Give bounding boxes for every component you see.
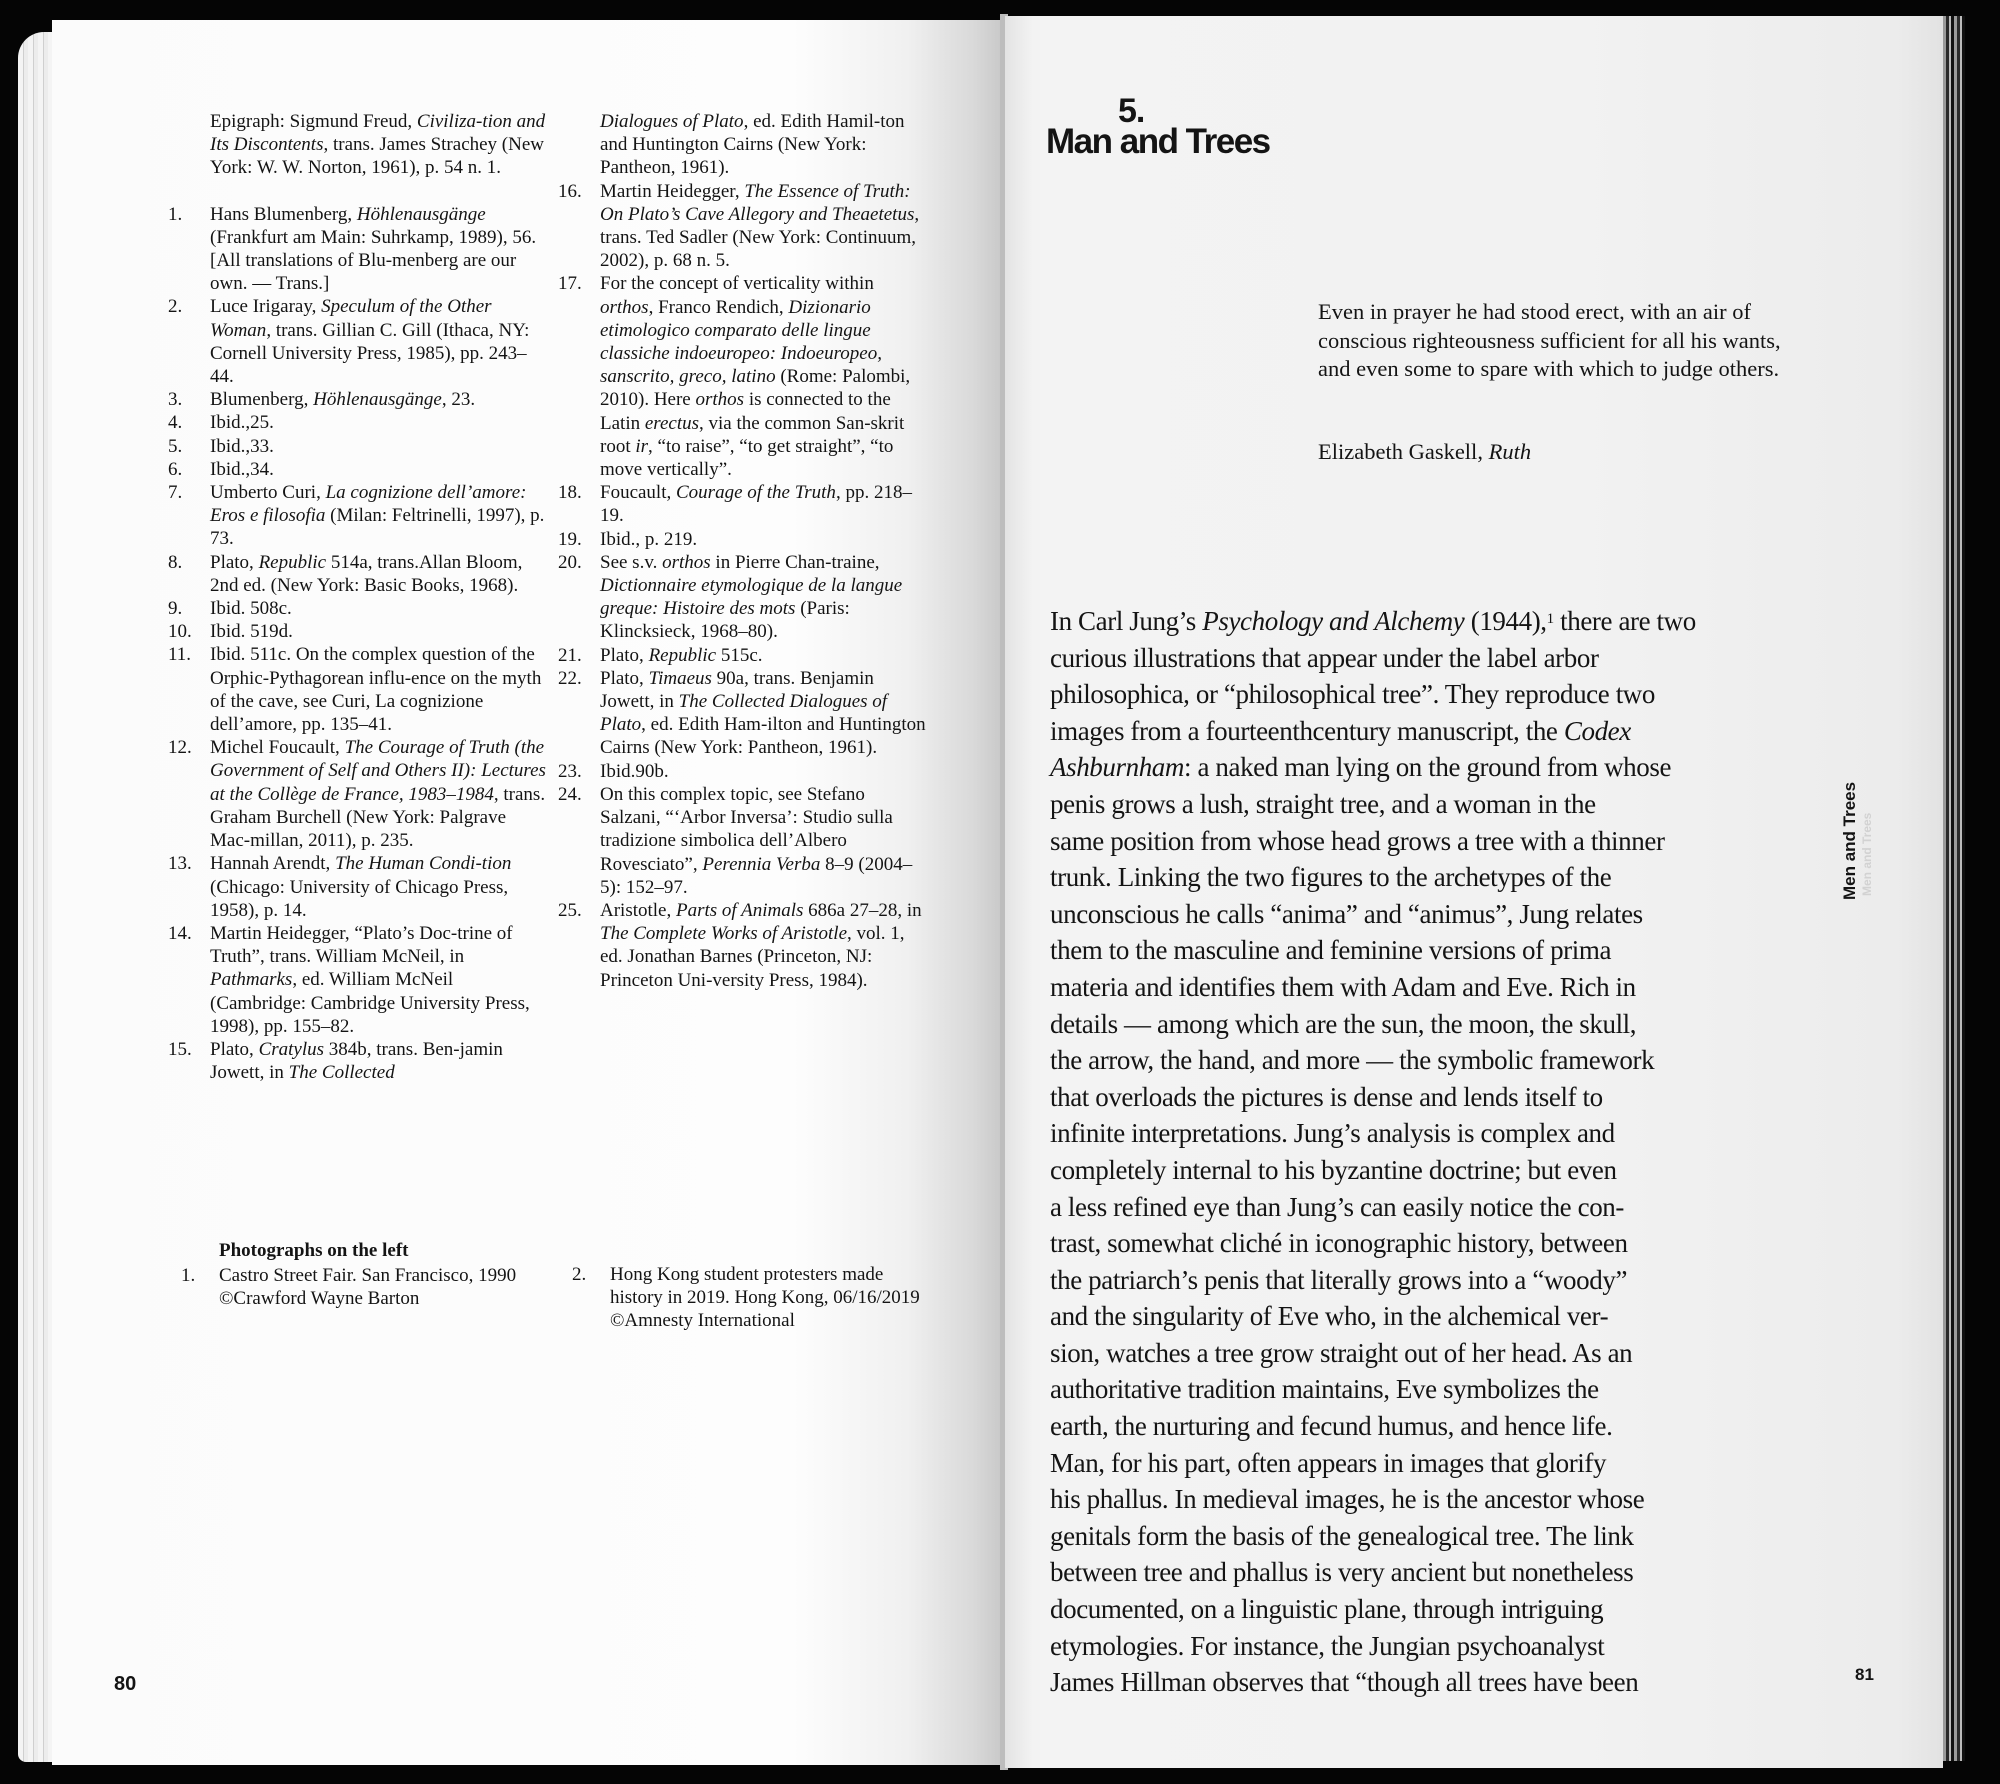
endnote: 20.See s.v. orthos in Pierre Chan-traine…: [600, 551, 930, 644]
endnote: 5.Ibid.,33.: [210, 435, 550, 458]
body-line: curious illustrations that appear under …: [1050, 640, 1810, 677]
endnote: 17.For the concept of verticality within…: [600, 272, 930, 481]
body-line: earth, the nurturing and fecund humus, a…: [1050, 1408, 1810, 1445]
body-line: infinite interpretations. Jung’s analysi…: [1050, 1115, 1810, 1152]
body-line: unconscious he calls “anima” and “animus…: [1050, 896, 1810, 933]
endnote-text: Ibid.,25.: [210, 412, 274, 433]
endnote-number: 1.: [168, 203, 182, 226]
endnote-number: 21.: [558, 644, 582, 667]
endnote-text: Ibid., p. 219.: [600, 529, 697, 550]
endnote: 10.Ibid. 519d.: [210, 620, 550, 643]
endnote-number: 20.: [558, 551, 582, 574]
endnote-number: 19.: [558, 528, 582, 551]
endnote-number: 25.: [558, 899, 582, 922]
body-line: details — among which are the sun, the m…: [1050, 1006, 1810, 1043]
page-number-right: 81: [1855, 1665, 1874, 1685]
endnote-number: 23.: [558, 760, 582, 783]
body-line: the patriarch’s penis that literally gro…: [1050, 1262, 1810, 1299]
endnote: Dialogues of Plato, ed. Edith Hamil-ton …: [600, 110, 930, 180]
endnote-number: 8.: [168, 551, 182, 574]
body-line: documented, on a linguistic plane, throu…: [1050, 1591, 1810, 1628]
photo-credit-number: 2.: [572, 1263, 586, 1286]
endnote-text: Plato, Cratylus 384b, trans. Ben-jamin J…: [210, 1039, 503, 1083]
endnotes-column-1: Epigraph: Sigmund Freud, Civiliza-tion a…: [210, 110, 550, 1084]
endnote-number: 3.: [168, 388, 182, 411]
body-line: completely internal to his byzantine doc…: [1050, 1152, 1810, 1189]
endnote: 7.Umberto Curi, La cognizione dell’amore…: [210, 481, 550, 551]
endnote: 16.Martin Heidegger, The Essence of Trut…: [600, 180, 930, 273]
epigraph-author: Elizabeth Gaskell,: [1318, 439, 1489, 464]
body-line: a less refined eye than Jung’s can easil…: [1050, 1189, 1810, 1226]
endnote-text: Dialogues of Plato, ed. Edith Hamil-ton …: [600, 111, 905, 178]
endnote-number: 18.: [558, 481, 582, 504]
endnote: 4.Ibid.,25.: [210, 411, 550, 434]
endnote-text: Ibid. 508c.: [210, 598, 292, 619]
body-line: same position from whose head grows a tr…: [1050, 823, 1810, 860]
endnote-number: 11.: [168, 643, 191, 666]
endnote-number: 14.: [168, 922, 192, 945]
body-line: his phallus. In medieval images, he is t…: [1050, 1481, 1810, 1518]
body-line: Man, for his part, often appears in imag…: [1050, 1445, 1810, 1482]
endnote-number: 10.: [168, 620, 192, 643]
endnote-text: Hannah Arendt, The Human Condi-tion (Chi…: [210, 853, 511, 920]
body-line: images from a fourteenthcentury manuscri…: [1050, 713, 1810, 750]
endnote-text: Ibid. 519d.: [210, 621, 293, 642]
endnote-number: 2.: [168, 295, 182, 318]
right-page-edges: [1943, 16, 1965, 1761]
endnote-number: 13.: [168, 852, 192, 875]
body-line: and the singularity of Eve who, in the a…: [1050, 1298, 1810, 1335]
endnote-number: 24.: [558, 783, 582, 806]
body-line: materia and identifies them with Adam an…: [1050, 969, 1810, 1006]
body-line: sion, watches a tree grow straight out o…: [1050, 1335, 1810, 1372]
running-head-showthrough: Men and Trees: [1860, 813, 1874, 896]
endnote-text: Martin Heidegger, The Essence of Truth: …: [600, 181, 919, 272]
endnote-text: Martin Heidegger, “Plato’s Doc-trine of …: [210, 923, 530, 1037]
endnote-text: Umberto Curi, La cognizione dell’amore: …: [210, 482, 544, 549]
endnote-number: 16.: [558, 180, 582, 203]
epigraph-quote: Even in prayer he had stood erect, with …: [1318, 298, 1818, 384]
endnote-text: See s.v. orthos in Pierre Chan-traine, D…: [600, 552, 902, 643]
endnote-number: 22.: [558, 667, 582, 690]
endnote: 22.Plato, Timaeus 90a, trans. Benjamin J…: [600, 667, 930, 760]
body-line: Ashburnham: a naked man lying on the gro…: [1050, 749, 1810, 786]
running-head: Men and Trees Men and Trees: [1840, 782, 1860, 900]
endnote: 9.Ibid. 508c.: [210, 597, 550, 620]
endnote: 15.Plato, Cratylus 384b, trans. Ben-jami…: [210, 1038, 550, 1084]
endnote-number: 4.: [168, 411, 182, 434]
endnote-text: Ibid. 511c. On the complex question of t…: [210, 644, 541, 735]
endnote-number: 12.: [168, 736, 192, 759]
endnote: 18.Foucault, Courage of the Truth, pp. 2…: [600, 481, 930, 527]
endnote-text: Luce Irigaray, Speculum of the Other Wom…: [210, 296, 529, 387]
body-line: genitals form the basis of the genealogi…: [1050, 1518, 1810, 1555]
endnote-text: Epigraph: Sigmund Freud, Civiliza-tion a…: [210, 111, 545, 178]
endnote: 1.Hans Blumenberg, Höhlenausgänge (Frank…: [210, 203, 550, 296]
endnote-number: 5.: [168, 435, 182, 458]
endnote: 23.Ibid.90b.: [600, 760, 930, 783]
endnote-text: Blumenberg, Höhlenausgänge, 23.: [210, 389, 475, 410]
endnote: Epigraph: Sigmund Freud, Civiliza-tion a…: [210, 110, 550, 180]
endnote: 19.Ibid., p. 219.: [600, 528, 930, 551]
endnote-text: Aristotle, Parts of Animals 686a 27–28, …: [600, 900, 922, 991]
endnotes-column-2: Dialogues of Plato, ed. Edith Hamil-ton …: [600, 110, 930, 992]
endnote-text: Foucault, Courage of the Truth, pp. 218–…: [600, 482, 912, 526]
body-line: penis grows a lush, straight tree, and a…: [1050, 786, 1810, 823]
endnote: 6.Ibid.,34.: [210, 458, 550, 481]
endnote: 3.Blumenberg, Höhlenausgänge, 23.: [210, 388, 550, 411]
body-line: that overloads the pictures is dense and…: [1050, 1079, 1810, 1116]
body-line: trast, somewhat cliché in iconographic h…: [1050, 1225, 1810, 1262]
endnote-number: 17.: [558, 272, 582, 295]
chapter-body-text: In Carl Jung’s Psychology and Alchemy (1…: [1050, 603, 1810, 1701]
endnote-number: 6.: [168, 458, 182, 481]
endnote: 2.Luce Irigaray, Speculum of the Other W…: [210, 295, 550, 388]
photo-credit-item: 1. Castro Street Fair. San Francisco, 19…: [219, 1264, 549, 1310]
endnote: 8.Plato, Republic 514a, trans.Allan Bloo…: [210, 551, 550, 597]
body-line: the arrow, the hand, and more — the symb…: [1050, 1042, 1810, 1079]
endnote-text: Ibid.,34.: [210, 459, 274, 480]
endnote: 12.Michel Foucault, The Courage of Truth…: [210, 736, 550, 852]
photo-credits-heading: Photographs on the left: [219, 1240, 408, 1262]
endnote-text: For the concept of verticality within or…: [600, 273, 910, 480]
endnote-number: 15.: [168, 1038, 192, 1061]
photo-credit-number: 1.: [181, 1264, 195, 1287]
endnote-number: 7.: [168, 481, 182, 504]
endnote-text: Plato, Republic 514a, trans.Allan Bloom,…: [210, 552, 522, 596]
endnote-text: Hans Blumenberg, Höhlenausgänge (Frankfu…: [210, 204, 536, 295]
page-number-left: 80: [114, 1673, 136, 1696]
body-line: philosophica, or “philosophical tree”. T…: [1050, 676, 1810, 713]
endnote-text: Michel Foucault, The Courage of Truth (t…: [210, 737, 546, 851]
endnote-text: Ibid.,33.: [210, 436, 274, 457]
body-line: authoritative tradition maintains, Eve s…: [1050, 1371, 1810, 1408]
endnote-text: Plato, Republic 515c.: [600, 645, 763, 666]
endnote-number: 9.: [168, 597, 182, 620]
body-line: James Hillman observes that “though all …: [1050, 1664, 1810, 1701]
body-line: between tree and phallus is very ancient…: [1050, 1554, 1810, 1591]
photo-credit-text: Castro Street Fair. San Francisco, 1990 …: [219, 1265, 516, 1309]
body-line: them to the masculine and feminine versi…: [1050, 932, 1810, 969]
body-line: etymologies. For instance, the Jungian p…: [1050, 1628, 1810, 1665]
epigraph-attribution: Elizabeth Gaskell, Ruth: [1318, 439, 1531, 465]
endnote: 24.On this complex topic, see Stefano Sa…: [600, 783, 930, 899]
endnote: 25.Aristotle, Parts of Animals 686a 27–2…: [600, 899, 930, 992]
endnote-text: Plato, Timaeus 90a, trans. Benjamin Jowe…: [600, 668, 926, 759]
running-head-text: Men and Trees: [1840, 782, 1859, 900]
photo-credit-item: 2. Hong Kong student protesters made his…: [610, 1263, 930, 1333]
endnote-text: Ibid.90b.: [600, 761, 669, 782]
body-line: trunk. Linking the two figures to the ar…: [1050, 859, 1810, 896]
body-line: In Carl Jung’s Psychology and Alchemy (1…: [1050, 603, 1810, 640]
epigraph-work: Ruth: [1489, 439, 1532, 464]
endnote: 21.Plato, Republic 515c.: [600, 644, 930, 667]
endnote: 11.Ibid. 511c. On the complex question o…: [210, 643, 550, 736]
endnote: 13.Hannah Arendt, The Human Condi-tion (…: [210, 852, 550, 922]
photo-credit-text: Hong Kong student protesters made histor…: [610, 1264, 920, 1331]
endnote: 14.Martin Heidegger, “Plato’s Doc-trine …: [210, 922, 550, 1038]
chapter-title: Man and Trees: [1046, 122, 1270, 162]
endnote-text: On this complex topic, see Stefano Salza…: [600, 784, 912, 898]
